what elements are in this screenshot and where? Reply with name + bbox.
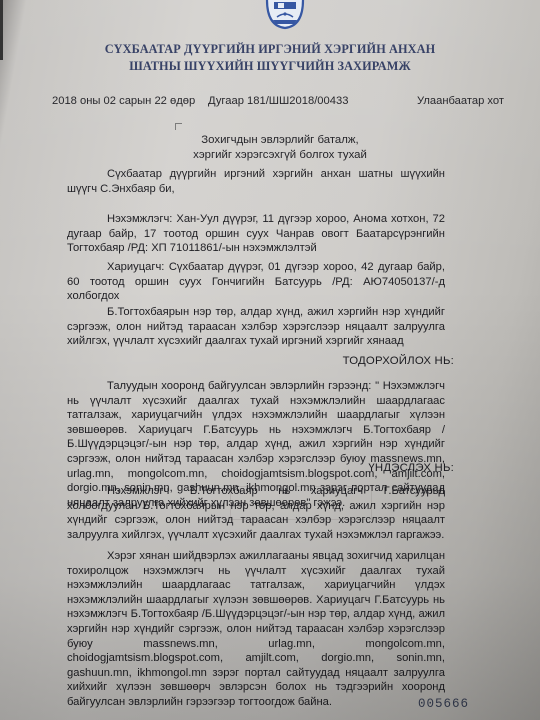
document-title-line-1: СҮХБААТАР ДҮҮРГИЙН ИРГЭНИЙ ХЭРГИЙН АНХАН <box>0 42 540 57</box>
heading-grounds: ҮНДЭСЛЭХ НЬ: <box>368 462 454 474</box>
document-date: 2018 оны 02 сарын 22 өдөр <box>52 95 195 107</box>
document-number: Дугаар 181/ШШ2018/00433 <box>208 95 348 107</box>
document-city: Улаанбаатар хот <box>417 95 504 107</box>
subject-line-1: Зохигчдын эвлэрлийг баталж, <box>10 134 540 146</box>
document-title-line-2: ШАТНЫ ШҮҮХИЙН ШҮҮГЧИЙН ЗАХИРАМЖ <box>0 59 540 74</box>
heading-findings: ТОДОРХОЙЛОХ НЬ: <box>343 355 454 367</box>
serial-number: 005666 <box>418 697 469 711</box>
subject-line-2: хэргийг хэрэгсэхгүй болгох тухай <box>10 149 540 161</box>
paragraph-judge: Сүхбаатар дүүргийн иргэний хэргийн анхан… <box>67 167 445 196</box>
paragraph-resolution: Хэрэг хянан шийдвэрлэх ажиллагааны явцад… <box>67 549 445 710</box>
court-emblem-icon <box>263 0 307 30</box>
corner-mark <box>175 123 182 130</box>
paragraph-claim: Б.Тогтохбаярын нэр төр, алдар хүнд, ажил… <box>67 305 445 349</box>
paragraph-plaintiff: Нэхэмжлэгч: Хан-Уул дүүрэг, 11 дүгээр хо… <box>67 212 445 256</box>
paragraph-defendant: Хариуцагч: Сүхбаатар дүүрэг, 01 дүгээр х… <box>67 260 445 304</box>
paragraph-basis: Нэхэмжлэгч Б.Тогтохбаяр нь хариуцагч Г.Б… <box>67 484 445 542</box>
